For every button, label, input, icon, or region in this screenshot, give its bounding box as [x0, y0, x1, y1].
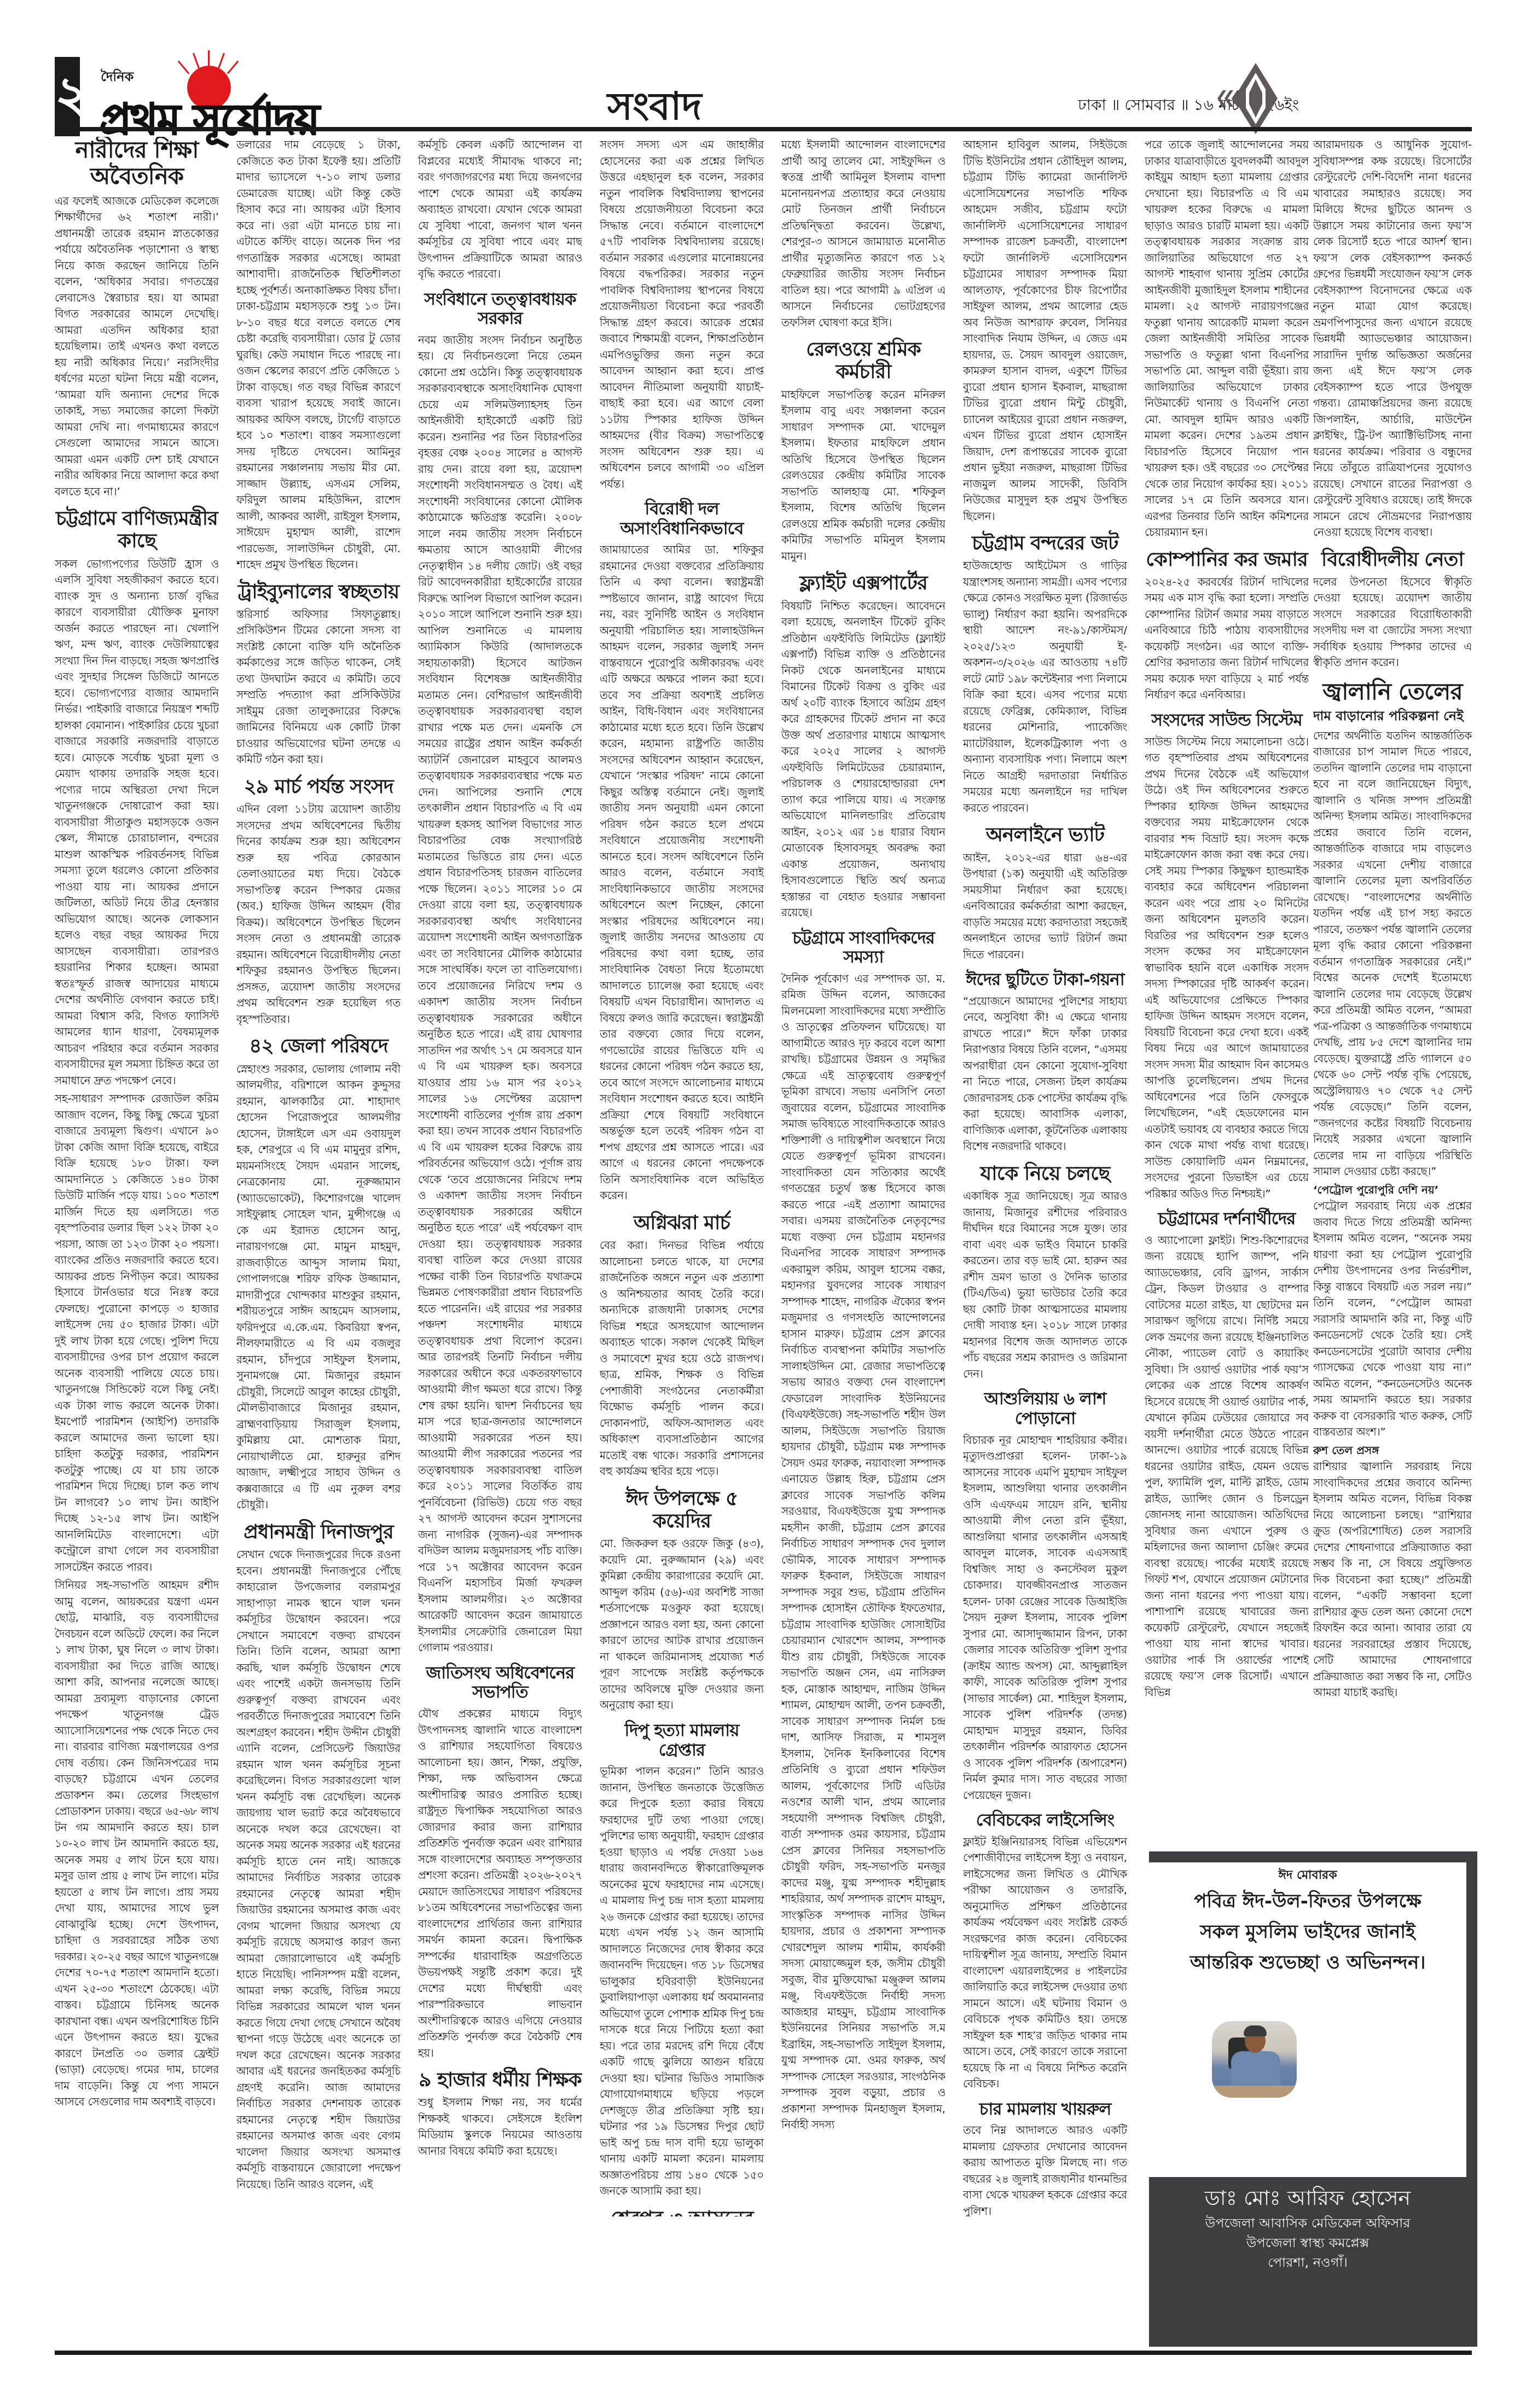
article-khairul-cases: চার মামলায় খায়রুল তবে নিম্ন আদালতে আরও…: [963, 2100, 1127, 2216]
ad-person-title: উপজেলা আবাসিক মেডিকেল অফিসার: [1149, 2213, 1466, 2233]
column-6: আহসান হাবিবুল আলম, সিইউজে টিভি ইউনিটের প…: [963, 137, 1127, 2216]
article-body: ভূমিকা পালন করেন।” তিনি আরও জানান, উপস্থ…: [600, 1763, 764, 2199]
article-tribunal: ট্রাইব্যুনালের স্বচ্ছতায় স্তরিসার্চ অফি…: [236, 581, 401, 768]
headline[interactable]: চট্টগ্রাম বন্দরের জট: [963, 532, 1127, 554]
headline[interactable]: বিরোধীদলীয় নেতা: [1313, 548, 1472, 571]
column-4: সংসদ সদস্য এস এম জাহাঙ্গীর হোসেনের করা এ…: [600, 137, 764, 2216]
article-body: দৈনিক পূর্বকোণ এর সম্পাদক ডা. ম. রমিজ উদ…: [781, 971, 945, 2133]
headline[interactable]: সংসদের সাউন্ড সিস্টেম: [1145, 711, 1309, 731]
article-body: পেট্রোল সরবরাহ নিয়ে এক প্রশ্নের জবাব দি…: [1313, 1198, 1472, 1440]
headline[interactable]: ফ্ল্যাইট এক্সপার্টের: [781, 572, 945, 594]
header-rule: [55, 127, 1472, 131]
column-8: আরামদায়ক ও আধুনিক সুযোগ-সুবিধাসম্পন্ন ক…: [1313, 137, 1472, 1844]
article-sound-system: সংসদের সাউন্ড সিস্টেম সাউন্ড সিস্টেম নিয…: [1145, 711, 1309, 1202]
article-body: যৌথ প্রকল্পের মাধ্যমে বিদ্যুৎ উৎপাদনসহ জ…: [418, 1706, 582, 2061]
headline[interactable]: ৪২ জেলা পরিষদে: [236, 1035, 401, 1057]
sun-ray-icon: [218, 53, 225, 68]
article-opposition-leader: বিরোধীদলীয় নেতা দলের উপনেতা হিসেবে স্বী…: [1313, 548, 1472, 671]
article-body: ফ্লাইট ইঞ্জিনিয়ারসহ বিভিন্ন এভিয়েশন পে…: [963, 1834, 1127, 2092]
article-body: আরামদায়ক ও আধুনিক সুযোগ-সুবিধাসম্পন্ন ক…: [1313, 137, 1472, 541]
headline[interactable]: অনলাইনে ভ্যাট: [963, 824, 1127, 846]
article-ctg-journalists: চট্টগ্রামে সাংবাদিকদের সমস্যা দৈনিক পূর্…: [781, 929, 945, 2133]
column-5: মধ্যে ইসলামী আন্দোলন বাংলাদেশের প্রার্থী…: [781, 137, 945, 2216]
article-body: দলের উপনেতা হিসেবে স্বীকৃতি দেওয়া হয়েছ…: [1313, 574, 1472, 671]
headline[interactable]: অগ্নিঝরা মার্চ: [600, 1212, 764, 1234]
article-body: আইন, ২০১২-এর ধারা ৬৪-এর উপধারা (১ক) অনুয…: [963, 850, 1127, 963]
article-body: স্তরিসার্চ অফিসার সিফাতুল্লাহ। প্রসিকিউশ…: [236, 606, 401, 768]
subhead: ‘পেট্রোল পুরোপুরি দেশি নয়’: [1313, 1182, 1472, 1199]
ad-person-location: পোরশা, নওগাঁ।: [1149, 2253, 1466, 2272]
article-caretaker-govt: সংবিধানে তত্ত্বাবধায়ক সরকার নবম জাতীয় …: [418, 290, 582, 1656]
headline[interactable]: জ্বালানি তেলের: [1313, 679, 1472, 705]
ad-greeting-panel: ঈদ মোবারক পবিত্র ঈদ-উল-ফিতর উপলক্ষে সকল …: [1149, 1862, 1466, 2177]
article-body: হাউজহোল্ড আইটেমস ও গাড়ির যন্ত্রাংশসহ অন…: [963, 558, 1127, 816]
article-dipu-murder: দিপু হত্যা মামলায় গ্রেপ্তার ভূমিকা পালন…: [600, 1721, 764, 2199]
headline[interactable]: চার মামলায় খায়রুল: [963, 2100, 1127, 2120]
article-body: কর্মসূচি কেবল একটি আন্দোলন বা বিপ্লবের ম…: [418, 137, 582, 282]
article-body: সাউন্ড সিস্টেম নিয়ে সমালোচনা ওঠে। গত বৃ…: [1145, 734, 1309, 1202]
headline[interactable]: চট্টগ্রামে বাণিজ্যমন্ত্রীর কাছে: [55, 507, 219, 553]
article-42-district-councils: ৪২ জেলা পরিষদে স্নেহাংশু সরকার, ভোলায় গ…: [236, 1035, 401, 1513]
article-body: সহ-সাধারণ সম্পাদক রেজাউল করিম আজাদ বলেন,…: [55, 1091, 219, 1575]
article-body: পরে তাকে জুলাই আন্দোলনের সময় ঢাকার যাত্…: [1145, 137, 1309, 541]
sun-ray-icon: [227, 61, 239, 74]
star-emblem-icon: [1217, 63, 1278, 134]
article-eid-prisoners: ঈদ উপলক্ষে ৫ কয়েদির মো. জিকরুল হক ওরফে …: [600, 1487, 764, 1714]
headline[interactable]: আশুলিয়ায় ৬ লাশ পোড়ানো: [963, 1390, 1127, 1428]
headline[interactable]: চট্টগ্রামের দর্শনার্থীদের: [1145, 1209, 1309, 1229]
ad-person-office: উপজেলা স্বাস্থ্য কমপ্লেক্স: [1149, 2233, 1466, 2253]
article-un-assembly: জাতিসংঘ অধিবেশনের সভাপতি যৌথ প্রকল্পের ম…: [418, 1664, 582, 2061]
article-parliament-29-march: ২৯ মার্চ পর্যন্ত সংসদ এদিন বেলা ১১টায় ত…: [236, 775, 401, 1027]
deck: দাম বাড়ানোর পরিকল্পনা নেই: [1313, 708, 1472, 725]
article-body: রাশিয়ার জ্বালানি সরবরাহ নিয়ে সাংবাদিকদ…: [1313, 1458, 1472, 1701]
eid-greeting-advertisement[interactable]: ঈদ মোবারক পবিত্র ঈদ-উল-ফিতর উপলক্ষে সকল …: [1149, 1851, 1477, 2347]
logo-daily-label: দৈনিক: [101, 67, 134, 89]
article-caab-licensing: বেবিচকের লাইসেন্সিং ফ্লাইট ইঞ্জিনিয়ারসহ…: [963, 1811, 1127, 2092]
ad-greeting-line: আন্তরিক শুভেচ্ছা ও অভিনন্দন।: [1149, 1947, 1466, 1978]
article-biman: যাকে নিয়ে চলছে একাধিক সূত্র জানিয়েছে। …: [963, 1162, 1127, 1382]
article-body: দেশের অর্থনীতি যতদিন আন্তর্জাতিক বাজারের…: [1313, 728, 1472, 1180]
article-pm-dinajpur: প্রধানমন্ত্রী দিনাজপুর সেখান থেকে দিনাজপ…: [236, 1521, 401, 2192]
headline[interactable]: কোম্পানির কর জমার: [1145, 548, 1309, 571]
article-body: বের করা। দিনভর বিভিন্ন পর্যায়ে আলোচনা চ…: [600, 1237, 764, 1480]
article-body: সিনিয়র সহ-সভাপতি আহমদ রশীদ আমু বলেন, আয…: [55, 1577, 219, 2110]
desk-shape: [1212, 2086, 1297, 2098]
column-1: নারীদের শিক্ষা অবৈতনিক এর ফলেই আজকে মেডি…: [55, 137, 219, 2216]
article-body: মধ্যে ইসলামী আন্দোলন বাংলাদেশের প্রার্থী…: [781, 137, 945, 331]
headline[interactable]: নারীদের শিক্ষা অবৈতনিক: [55, 137, 219, 190]
sun-ray-icon: [178, 61, 190, 74]
ad-greeting-line: সকল মুসলিম ভাইদের জানাই: [1149, 1917, 1466, 1947]
subhead: রুশ তেল প্রসঙ্গ: [1313, 1443, 1472, 1459]
headline[interactable]: ঈদ উপলক্ষে ৫ কয়েদির: [600, 1487, 764, 1533]
headline[interactable]: বেবিচকের লাইসেন্সিং: [963, 1811, 1127, 1831]
article-body: বিষয়টি নিশ্চিত করেছেন। আবেদনে বলা হয়েছ…: [781, 598, 945, 921]
article-religious-teachers: ৯ হাজার ধর্মীয় শিক্ষক শুধু ইসলাম শিক্ষা…: [418, 2069, 582, 2159]
headline[interactable]: রেলওয়ে শ্রমিক কর্মচারী: [781, 338, 945, 384]
article-body: শুধু ইসলাম শিক্ষা নয়, সব ধর্মের শিক্ষকই…: [418, 2094, 582, 2159]
article-fiery-march: অগ্নিঝরা মার্চ বের করা। দিনভর বিভিন্ন পর…: [600, 1212, 764, 1480]
footer-rule: [55, 2351, 1472, 2355]
article-sherpur-3: শেরপুর-৩ আসনের দেওয়া হয়েছে। এ নির্বাচন…: [600, 2207, 764, 2216]
ad-signature: ডাঃ মোঃ আরিফ হোসেন উপজেলা আবাসিক মেডিকেল…: [1149, 2183, 1466, 2272]
page-number: ২: [55, 57, 80, 136]
ad-person-name: ডাঃ মোঃ আরিফ হোসেন: [1149, 2183, 1466, 2213]
headline[interactable]: দিপু হত্যা মামলায় গ্রেপ্তার: [600, 1721, 764, 1760]
article-body: একাধিক সূত্র জানিয়েছে। সূত্র আরও জানায়…: [963, 1188, 1127, 1382]
hair-shape: [1244, 2025, 1267, 2036]
sun-ray-icon: [208, 50, 210, 67]
headline[interactable]: জাতিসংঘ অধিবেশনের সভাপতি: [418, 1664, 582, 1703]
headline[interactable]: ২৯ মার্চ পর্যন্ত সংসদ: [236, 775, 401, 798]
headline[interactable]: বিরোধী দল অসাংবিধানিকভাবে: [600, 500, 764, 539]
headline[interactable]: ট্রাইব্যুনালের স্বচ্ছতায়: [236, 581, 401, 603]
article-body: জামায়াতের আমির ডা. শফিকুর রহমানের দেওয়…: [600, 542, 764, 1204]
article-body: আহসান হাবিবুল আলম, সিইউজে টিভি ইউনিটের প…: [963, 137, 1127, 524]
article-railway-workers: রেলওয়ে শ্রমিক কর্মচারী মাহফিলে সভাপতিত্…: [781, 338, 945, 564]
article-flight-expert: ফ্ল্যাইট এক্সপার্টের বিষয়টি নিশ্চিত করে…: [781, 572, 945, 921]
article-online-vat: অনলাইনে ভ্যাট আইন, ২০১২-এর ধারা ৬৪-এর উপ…: [963, 824, 1127, 963]
ad-kicker: ঈদ মোবারক: [1149, 1866, 1466, 1886]
headline[interactable]: যাকে নিয়ে চলছে: [963, 1162, 1127, 1185]
article-body: সংসদ সদস্য এস এম জাহাঙ্গীর হোসেনের করা এ…: [600, 137, 764, 492]
article-eid-holiday: ঈদের ছুটিতে টাকা-গয়না “প্রয়োজনে আমাদের…: [963, 970, 1127, 1155]
headline[interactable]: প্রধানমন্ত্রী দিনাজপুর: [236, 1521, 401, 1543]
sun-ray-icon: [193, 53, 200, 68]
article-women-education: নারীদের শিক্ষা অবৈতনিক এর ফলেই আজকে মেডি…: [55, 137, 219, 500]
column-7: পরে তাকে জুলাই আন্দোলনের সময় ঢাকার যাত্…: [1145, 137, 1309, 1844]
article-body: ডলারের দাম বেড়েছে ১ টাকা, কেজিতে কত টাক…: [236, 137, 401, 573]
article-body: মাহফিলে সভাপতিত্ব করেন মনিরুল ইসলাম বাবু…: [781, 387, 945, 565]
article-body: ২০২৪-২৫ করবর্ষের রিটার্ন দাখিলের সময় এক…: [1145, 574, 1309, 703]
article-fuel-oil: জ্বালানি তেলের দাম বাড়ানোর পরিকল্পনা নে…: [1313, 679, 1472, 1701]
article-body: তবে নিম্ন আদালতে আরও একটি মামলায় গ্রেফত…: [963, 2122, 1127, 2216]
article-body: সেখান থেকে দিনাজপুরের দিকে রওনা হবেন। প্…: [236, 1547, 401, 2192]
headline[interactable]: ঈদের ছুটিতে টাকা-গয়না: [963, 970, 1127, 990]
column-3: কর্মসূচি কেবল একটি আন্দোলন বা বিপ্লবের ম…: [418, 137, 582, 2216]
article-body: এর ফলেই আজকে মেডিকেল কলেজে শিক্ষার্থীদের…: [55, 193, 219, 500]
masthead: ২ দৈনিক প্রথম সূর্যোদয় সংবাদ ঢাকা ॥ সোম…: [55, 55, 1472, 137]
article-body: এদিন বেলা ১১টায় ত্রয়োদশ জাতীয় সংসদের …: [236, 801, 401, 1027]
headline[interactable]: চট্টগ্রামে সাংবাদিকদের সমস্যা: [781, 929, 945, 968]
article-opposition: বিরোধী দল অসাংবিধানিকভাবে জামায়াতের আমি…: [600, 500, 764, 1204]
article-body: ও অ্যাপোলো ফ্লাইট। শিশু-কিশোরদের জন্য রয…: [1145, 1232, 1309, 1701]
headline[interactable]: সংবিধানে তত্ত্বাবধায়ক সরকার: [418, 290, 582, 329]
newspaper-logo[interactable]: দৈনিক প্রথম সূর্যোদয়: [89, 55, 395, 137]
article-company-tax: কোম্পানির কর জমার ২০২৪-২৫ করবর্ষের রিটার…: [1145, 548, 1309, 703]
article-ctg-port: চট্টগ্রাম বন্দরের জট হাউজহোল্ড আইটেমস ও …: [963, 532, 1127, 816]
article-body: বিচারক নূর মোহাম্মদ শাহরিয়ার কবীর। মৃত্…: [963, 1432, 1127, 1804]
ad-greeting-line: পবিত্র ঈদ-উল-ফিতর উপলক্ষে: [1149, 1886, 1466, 1917]
article-body: স্নেহাংশু সরকার, ভোলায় গোলাম নবী আলমগীর…: [236, 1061, 401, 1513]
article-body: নবম জাতীয় সংসদ নির্বাচন অনুষ্ঠিত হয়। য…: [418, 332, 582, 1656]
article-body: “প্রয়োজনে আমাদের পুলিশের সাহায্য নেবে, …: [963, 993, 1127, 1155]
article-body: সকল ভোগ্যপণ্যের ডিউটি হ্রাস ও এলসি সুবিধ…: [55, 556, 219, 1089]
headline[interactable]: শেরপুর-৩ আসনের: [600, 2207, 764, 2216]
article-body: মো. জিকরুল হক ওরফে জিকু (৪৩), কয়েদি মো.…: [600, 1536, 764, 1714]
article-ashulia: আশুলিয়ায় ৬ লাশ পোড়ানো বিচারক নূর মোহা…: [963, 1390, 1127, 1803]
headline[interactable]: ৯ হাজার ধর্মীয় শিক্ষক: [418, 2069, 582, 2091]
article-ctg-visitors: চট্টগ্রামের দর্শনার্থীদের ও অ্যাপোলো ফ্ল…: [1145, 1209, 1309, 1700]
portrait-photo: [1212, 2021, 1297, 2098]
article-commerce-minister: চট্টগ্রামে বাণিজ্যমন্ত্রীর কাছে সকল ভোগ্…: [55, 507, 219, 2110]
column-2: ডলারের দাম বেড়েছে ১ টাকা, কেজিতে কত টাক…: [236, 137, 401, 2216]
